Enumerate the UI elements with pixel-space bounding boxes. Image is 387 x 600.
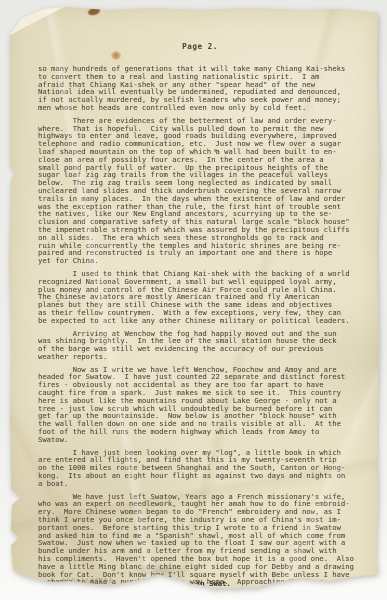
torn-text-fragment: in Swat. [196,579,231,588]
paragraph-6: I have just been looking over my "log", … [38,449,362,488]
paragraph-7: We have just left Swatow, Years ago a Fr… [38,493,362,587]
paragraph-2: There are evidences of the betterment of… [38,117,362,265]
stain-spot [87,7,100,17]
faint-stamp-text: POOLISAFIDE [62,578,114,585]
scan-background: Page 2. so many hundreds of generations … [0,0,387,600]
letter-page: Page 2. so many hundreds of generations … [0,0,387,600]
paragraph-3: I used to think that Chiang Kai-shek wit… [38,270,362,325]
paper-shadow-wrap: Page 2. so many hundreds of generations … [0,0,387,600]
folded-corner [8,6,66,36]
page-number-heading: Page 2. [38,42,362,51]
paragraph-5: Now as I write we have left Wenchow, Foo… [38,366,362,444]
typewritten-content: Page 2. so many hundreds of generations … [38,42,362,591]
paragraph-4: Arriving at Wenchow the fog had happily … [38,330,362,361]
paragraph-1: so many hundreds of generations that it … [38,65,362,112]
pen-mark-line [158,582,192,585]
